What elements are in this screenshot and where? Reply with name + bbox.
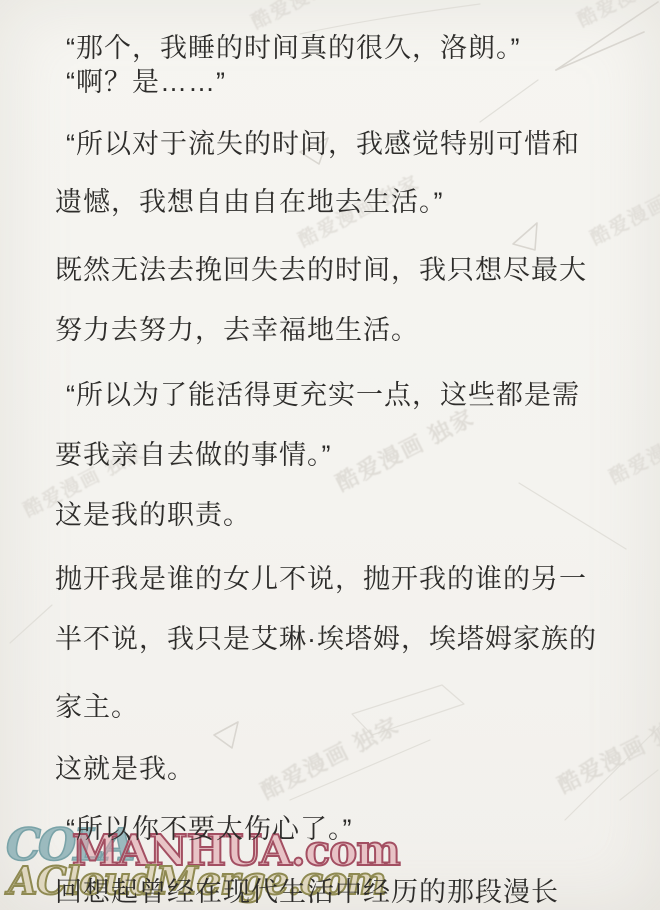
story-line: 回想起曾经在现代生活中经历的那段漫长 xyxy=(55,878,559,907)
story-line: 既然无法去挽回失去的时间，我只想尽最大 xyxy=(55,256,587,285)
story-line: 抛开我是谁的女儿不说，抛开我的谁的另一 xyxy=(55,565,587,594)
manga-text-page: 酷爱漫画 独家 酷爱漫画 独家 酷爱漫画 独家 酷爱漫画 独家 酷爱漫画 独家 … xyxy=(0,0,660,910)
story-line: 遗憾，我想自由自在地去生活。” xyxy=(55,188,444,217)
story-line: “所以你不要太伤心了。” xyxy=(66,815,352,844)
story-line: “啊？是……” xyxy=(66,68,226,97)
story-line: 努力去努力，去幸福地生活。 xyxy=(55,316,419,345)
story-line: “那个，我睡的时间真的很久，洛朗。” xyxy=(66,34,520,63)
story-line: 要我亲自去做的事情。” xyxy=(55,441,332,470)
story-line: 家主。 xyxy=(55,693,139,722)
story-line: 这就是我。 xyxy=(55,755,195,784)
story-line: “所以对于流失的时间，我感觉特别可惜和 xyxy=(66,130,580,159)
story-line: “所以为了能活得更充实一点，这些都是需 xyxy=(66,381,580,410)
story-line: 半不说，我只是艾琳·埃塔姆，埃塔姆家族的 xyxy=(55,625,597,654)
story-line: 这是我的职责。 xyxy=(55,501,251,530)
